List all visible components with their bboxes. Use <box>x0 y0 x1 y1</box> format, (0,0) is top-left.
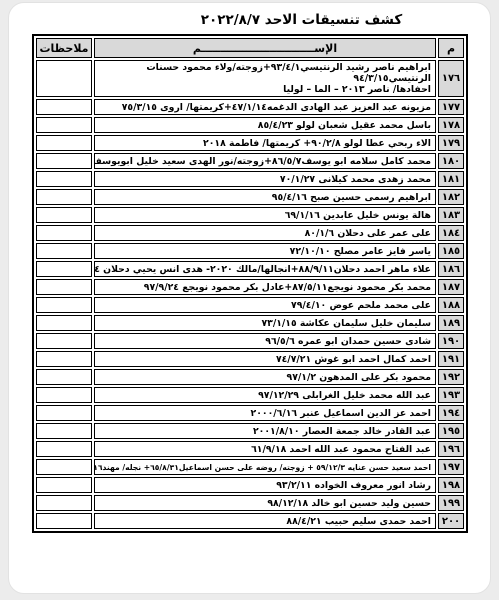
row-serial-cell: ١٩٧ <box>438 459 464 475</box>
table-row: ١٩٩حسين وليد حسين ابو خالد ٩٨/١٢/١٨ <box>36 495 464 511</box>
row-notes-cell <box>36 297 92 313</box>
row-name-line1: على عمر على دحلان ٨٠/١/٦ <box>99 228 431 239</box>
row-name-cell: احمد عز الدين اسماعيل عنبر ٢٠٠٠/٦/١٦ <box>94 405 436 421</box>
table-row: ١٩٠شادى حسين حمدان ابو عمره ٩٦/٥/٦ <box>36 333 464 349</box>
row-notes-cell <box>36 225 92 241</box>
row-serial-cell: ١٩٢ <box>438 369 464 385</box>
coordination-table: م الإســــــــــــــــــــــــــــــم مل… <box>32 34 468 533</box>
row-serial-cell: ١٨٩ <box>438 315 464 331</box>
row-serial-cell: ١٩٣ <box>438 387 464 403</box>
row-name-cell: على محمد ملحم عوض ٧٩/٤/١٠ <box>94 297 436 313</box>
row-serial-cell: ١٩١ <box>438 351 464 367</box>
row-name-cell: علاء ماهر احمد دحلان٨٨/٩/١١+انجالها/مالك… <box>94 261 436 277</box>
row-name-line1: مزيونه عبد العزيز عبد الهادى الدغمه٤٧/١/… <box>99 102 431 113</box>
row-notes-cell <box>36 333 92 349</box>
row-name-line1: محمود بكر على المدهون ٩٧/١/٢ <box>99 372 431 383</box>
table-row: ١٨١محمد زهدى محمد كيلانى ٧٠/١/٢٧ <box>36 171 464 187</box>
row-name-line1: سليمان خليل سليمان عكاشة ٧٣/١/١٥ <box>99 318 431 329</box>
table-row: ١٨٦علاء ماهر احمد دحلان٨٨/٩/١١+انجالها/م… <box>36 261 464 277</box>
table-body: ١٧٦ابراهيم ناصر رشيد الرنتيسي٩٣/٤/١+زوجت… <box>36 60 464 529</box>
header-serial: م <box>438 38 464 58</box>
row-notes-cell <box>36 387 92 403</box>
row-notes-cell <box>36 405 92 421</box>
row-name-line1: رشاد انور معروف الخواده ٩٣/٢/١١ <box>99 480 431 491</box>
row-name-cell: ابراهيم رسمى حسين صبح ٩٥/٤/١٦ <box>94 189 436 205</box>
row-serial-cell: ١٩٤ <box>438 405 464 421</box>
row-notes-cell <box>36 171 92 187</box>
row-serial-cell: ٢٠٠ <box>438 513 464 529</box>
row-name-line1: باسل محمد عقيل شعبان لولو ٨٥/٤/٢٣ <box>99 120 431 131</box>
header-row: م الإســــــــــــــــــــــــــــــم مل… <box>36 38 464 58</box>
row-serial-cell: ١٨٨ <box>438 297 464 313</box>
row-notes-cell <box>36 315 92 331</box>
page-title: كشف تنسيقات الاحد ٢٠٢٢/٨/٧ <box>61 12 491 28</box>
row-serial-cell: ١٩٠ <box>438 333 464 349</box>
row-name-cell: عبد الله محمد خليل الغرابلى ٩٧/١٢/٢٩ <box>94 387 436 403</box>
header-notes: ملاحظات <box>36 38 92 58</box>
row-name-cell: هالة يونس خليل عابدين ٦٩/١/١٦ <box>94 207 436 223</box>
row-notes-cell <box>36 513 92 529</box>
row-name-line1: محمد كامل سلامه ابو يوسف٨٦/٥/٧+زوجته/نور… <box>99 156 431 167</box>
row-name-cell: محمد بكر محمود نويجع٨٧/٥/١١+عادل بكر محم… <box>94 279 436 295</box>
table-row: ١٨٥ياسر فايز عامر مصلح ٧٢/١٠/١٠ <box>36 243 464 259</box>
row-name-line1: هالة يونس خليل عابدين ٦٩/١/١٦ <box>99 210 431 221</box>
row-notes-cell <box>36 441 92 457</box>
row-name-cell: عبد الفتاح محمود عبد الله احمد ٦١/٩/١٨ <box>94 441 436 457</box>
row-name-line1: حسين وليد حسين ابو خالد ٩٨/١٢/١٨ <box>99 498 431 509</box>
row-name-cell: محمد كامل سلامه ابو يوسف٨٦/٥/٧+زوجته/نور… <box>94 153 436 169</box>
row-name-line1: احمد حمدى سليم حبيب ٨٨/٤/٢١ <box>99 516 431 527</box>
table-row: ١٩٦عبد الفتاح محمود عبد الله احمد ٦١/٩/١… <box>36 441 464 457</box>
row-serial-cell: ١٨٢ <box>438 189 464 205</box>
table-row: ١٩٤احمد عز الدين اسماعيل عنبر ٢٠٠٠/٦/١٦ <box>36 405 464 421</box>
table-row: ١٩٧احمد سعيد حسن عنايه ٥٩/١٢/٣ + زوجته/ … <box>36 459 464 475</box>
row-name-cell: مزيونه عبد العزيز عبد الهادى الدغمه٤٧/١/… <box>94 99 436 115</box>
row-notes-cell <box>36 207 92 223</box>
row-name-line1: عبد الله محمد خليل الغرابلى ٩٧/١٢/٢٩ <box>99 390 431 401</box>
table-row: ١٨٠محمد كامل سلامه ابو يوسف٨٦/٥/٧+زوجته/… <box>36 153 464 169</box>
table-row: ٢٠٠احمد حمدى سليم حبيب ٨٨/٤/٢١ <box>36 513 464 529</box>
table-row: ١٧٦ابراهيم ناصر رشيد الرنتيسي٩٣/٤/١+زوجت… <box>36 60 464 97</box>
row-serial-cell: ١٩٩ <box>438 495 464 511</box>
table-row: ١٩٨رشاد انور معروف الخواده ٩٣/٢/١١ <box>36 477 464 493</box>
row-name-line1: ابراهيم ناصر رشيد الرنتيسي٩٣/٤/١+زوجته/و… <box>99 62 431 84</box>
row-name-cell: سليمان خليل سليمان عكاشة ٧٣/١/١٥ <box>94 315 436 331</box>
row-name-cell: باسل محمد عقيل شعبان لولو ٨٥/٤/٢٣ <box>94 117 436 133</box>
row-serial-cell: ١٨١ <box>438 171 464 187</box>
table-row: ١٨٢ابراهيم رسمى حسين صبح ٩٥/٤/١٦ <box>36 189 464 205</box>
row-name-cell: رشاد انور معروف الخواده ٩٣/٢/١١ <box>94 477 436 493</box>
row-name-cell: احمد حمدى سليم حبيب ٨٨/٤/٢١ <box>94 513 436 529</box>
table-row: ١٩٣عبد الله محمد خليل الغرابلى ٩٧/١٢/٢٩ <box>36 387 464 403</box>
row-name-line1: على محمد ملحم عوض ٧٩/٤/١٠ <box>99 300 431 311</box>
row-name-line1: محمد زهدى محمد كيلانى ٧٠/١/٢٧ <box>99 174 431 185</box>
row-name-line1: ابراهيم رسمى حسين صبح ٩٥/٤/١٦ <box>99 192 431 203</box>
table-row: ١٩٢محمود بكر على المدهون ٩٧/١/٢ <box>36 369 464 385</box>
row-name-cell: احمد سعيد حسن عنايه ٥٩/١٢/٣ + زوجته/ روض… <box>94 459 436 475</box>
row-serial-cell: ١٧٦ <box>438 60 464 97</box>
row-name-line1: علاء ماهر احمد دحلان٨٨/٩/١١+انجالها/مالك… <box>99 264 431 275</box>
row-name-line1: محمد بكر محمود نويجع٨٧/٥/١١+عادل بكر محم… <box>99 282 431 293</box>
row-notes-cell <box>36 477 92 493</box>
document-page: كشف تنسيقات الاحد ٢٠٢٢/٨/٧ م الإســـــــ… <box>8 2 491 594</box>
row-name-cell: محمد زهدى محمد كيلانى ٧٠/١/٢٧ <box>94 171 436 187</box>
row-name-cell: محمود بكر على المدهون ٩٧/١/٢ <box>94 369 436 385</box>
row-notes-cell <box>36 153 92 169</box>
row-name-line1: شادى حسين حمدان ابو عمره ٩٦/٥/٦ <box>99 336 431 347</box>
row-notes-cell <box>36 495 92 511</box>
row-name-cell: الاء ربحي عطا لولو ٩٠/٢/٨+ كريمتها/ فاطم… <box>94 135 436 151</box>
row-notes-cell <box>36 99 92 115</box>
row-notes-cell <box>36 459 92 475</box>
table-row: ١٩٥عبد القادر خالد جمعة العصار ٢٠٠١/٨/١٠ <box>36 423 464 439</box>
row-notes-cell <box>36 279 92 295</box>
row-name-cell: احمد كمال احمد ابو غوش ٧٤/٧/٢١ <box>94 351 436 367</box>
row-name-line1: ياسر فايز عامر مصلح ٧٢/١٠/١٠ <box>99 246 431 257</box>
row-notes-cell <box>36 423 92 439</box>
row-notes-cell <box>36 189 92 205</box>
row-name-cell: ابراهيم ناصر رشيد الرنتيسي٩٣/٤/١+زوجته/و… <box>94 60 436 97</box>
row-serial-cell: ١٨٥ <box>438 243 464 259</box>
row-serial-cell: ١٩٨ <box>438 477 464 493</box>
row-name-line1: احمد عز الدين اسماعيل عنبر ٢٠٠٠/٦/١٦ <box>99 408 431 419</box>
row-serial-cell: ١٩٦ <box>438 441 464 457</box>
row-name-line1: عبد القادر خالد جمعة العصار ٢٠٠١/٨/١٠ <box>99 426 431 437</box>
row-notes-cell <box>36 243 92 259</box>
row-serial-cell: ١٧٨ <box>438 117 464 133</box>
row-serial-cell: ١٨٤ <box>438 225 464 241</box>
row-name-cell: عبد القادر خالد جمعة العصار ٢٠٠١/٨/١٠ <box>94 423 436 439</box>
row-name-cell: حسين وليد حسين ابو خالد ٩٨/١٢/١٨ <box>94 495 436 511</box>
table-row: ١٩١احمد كمال احمد ابو غوش ٧٤/٧/٢١ <box>36 351 464 367</box>
row-name-cell: على عمر على دحلان ٨٠/١/٦ <box>94 225 436 241</box>
row-notes-cell <box>36 60 92 97</box>
row-notes-cell <box>36 351 92 367</box>
row-name-line1: الاء ربحي عطا لولو ٩٠/٢/٨+ كريمتها/ فاطم… <box>99 138 431 149</box>
row-serial-cell: ١٨٠ <box>438 153 464 169</box>
table-row: ١٨٣هالة يونس خليل عابدين ٦٩/١/١٦ <box>36 207 464 223</box>
row-serial-cell: ١٨٦ <box>438 261 464 277</box>
table-row: ١٧٨باسل محمد عقيل شعبان لولو ٨٥/٤/٢٣ <box>36 117 464 133</box>
table-row: ١٨٩سليمان خليل سليمان عكاشة ٧٣/١/١٥ <box>36 315 464 331</box>
row-serial-cell: ١٧٩ <box>438 135 464 151</box>
row-serial-cell: ١٧٧ <box>438 99 464 115</box>
row-notes-cell <box>36 135 92 151</box>
row-name-line1: عبد الفتاح محمود عبد الله احمد ٦١/٩/١٨ <box>99 444 431 455</box>
table-row: ١٨٨على محمد ملحم عوض ٧٩/٤/١٠ <box>36 297 464 313</box>
row-name-line2: احفادها/ ناصر ٢٠١٣ – الما – لوليا <box>99 84 431 95</box>
row-name-cell: ياسر فايز عامر مصلح ٧٢/١٠/١٠ <box>94 243 436 259</box>
header-name: الإســــــــــــــــــــــــــــــم <box>94 38 436 58</box>
row-name-line1: احمد كمال احمد ابو غوش ٧٤/٧/٢١ <box>99 354 431 365</box>
row-name-line1: احمد سعيد حسن عنايه ٥٩/١٢/٣ + زوجته/ روض… <box>99 463 431 472</box>
row-notes-cell <box>36 117 92 133</box>
row-notes-cell <box>36 261 92 277</box>
row-serial-cell: ١٩٥ <box>438 423 464 439</box>
table-row: ١٧٧مزيونه عبد العزيز عبد الهادى الدغمه٤٧… <box>36 99 464 115</box>
table-row: ١٨٤على عمر على دحلان ٨٠/١/٦ <box>36 225 464 241</box>
row-serial-cell: ١٨٧ <box>438 279 464 295</box>
row-name-cell: شادى حسين حمدان ابو عمره ٩٦/٥/٦ <box>94 333 436 349</box>
row-serial-cell: ١٨٣ <box>438 207 464 223</box>
table-row: ١٧٩الاء ربحي عطا لولو ٩٠/٢/٨+ كريمتها/ ف… <box>36 135 464 151</box>
table-row: ١٨٧محمد بكر محمود نويجع٨٧/٥/١١+عادل بكر … <box>36 279 464 295</box>
row-notes-cell <box>36 369 92 385</box>
